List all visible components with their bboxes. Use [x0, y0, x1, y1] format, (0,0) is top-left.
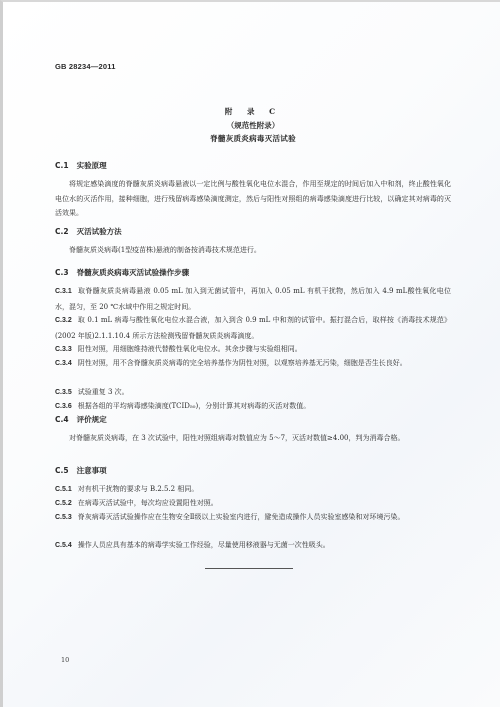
- section-heading-c3: C.3 脊髓灰质炎病毒灭活试验操作步骤: [55, 267, 189, 278]
- item-text: 根据各组的平均病毒感染滴度(TCID₅₀)，分别计算其对病毒的灭活对数值。: [78, 402, 310, 410]
- section-heading-c4: C.4 评价规定: [55, 414, 107, 425]
- section-title: 脊髓灰质炎病毒灭活试验操作步骤: [77, 268, 190, 277]
- item-number: C.3.1: [55, 288, 72, 295]
- section-heading-c2: C.2 灭活试验方法: [55, 226, 122, 237]
- section-title: 评价规定: [77, 415, 107, 424]
- item-number: C.5.3: [55, 514, 72, 521]
- list-item-c3-2: C.3.2取 0.1 mL 病毒与酸性氧化电位水混合液，加入到含 0.9 mL …: [55, 313, 451, 343]
- page-number: 10: [61, 656, 69, 664]
- item-text: 取 0.1 mL 病毒与酸性氧化电位水混合液，加入到含 0.9 mL 中和剂的试…: [55, 316, 451, 340]
- item-number: C.5.1: [55, 486, 72, 493]
- item-text: 试验重复 3 次。: [78, 388, 129, 396]
- item-number: C.5.2: [55, 500, 72, 507]
- item-number: C.5.4: [55, 542, 72, 549]
- section-number: C.3: [55, 268, 74, 277]
- section-heading-c1: C.1 实验原理: [55, 160, 107, 171]
- section-number: C.2: [55, 227, 74, 236]
- item-number: C.3.6: [55, 403, 72, 410]
- end-rule-divider: [205, 568, 293, 569]
- section-number: C.4: [55, 415, 74, 424]
- document-page: GB 28234—2011 附 录 C （规范性附录） 脊髓灰质炎病毒灭活试验 …: [0, 0, 500, 707]
- section-number: C.5: [55, 466, 74, 475]
- item-text: 阴性对照，用不含脊髓灰质炎病毒的完全培养基作为阴性对照，以观察培养基无污染，细胞…: [78, 359, 407, 367]
- section-c2-text: 脊髓灰质炎病毒(1型疫苗株)悬液的制备按消毒技术规范进行。: [55, 243, 451, 258]
- annex-title: 附 录 C: [3, 106, 500, 117]
- item-text: 取脊髓灰质炎病毒悬液 0.05 mL 加入到无菌试管中，再加入 0.05 mL …: [55, 287, 451, 311]
- item-number: C.3.3: [55, 346, 72, 353]
- item-number: C.3.5: [55, 389, 72, 396]
- section-title: 注意事项: [77, 466, 107, 475]
- item-text: 在病毒灭活试验中，每次均应设置阳性对照。: [78, 499, 218, 507]
- section-heading-c5: C.5 注意事项: [55, 465, 107, 476]
- item-text: 对有机干扰物的要求与 B.2.5.2 相同。: [78, 485, 199, 493]
- section-c1-text: 将规定感染滴度的脊髓灰质炎病毒悬液以一定比例与酸性氧化电位水混合，作用至规定的时…: [55, 177, 451, 221]
- list-item-c3-1: C.3.1取脊髓灰质炎病毒悬液 0.05 mL 加入到无菌试管中，再加入 0.0…: [55, 284, 451, 314]
- section-title: 灭活试验方法: [77, 227, 122, 236]
- section-title: 实验原理: [77, 161, 107, 170]
- item-number: C.3.2: [55, 317, 72, 324]
- section-c4-text: 对脊髓灰质炎病毒，在 3 次试验中，阳性对照组病毒对数值应为 5～7，灭活对数值…: [55, 431, 451, 446]
- standard-code: GB 28234—2011: [55, 62, 116, 71]
- annex-type: （规范性附录）: [3, 120, 500, 131]
- item-text: 脊灰病毒灭活试验操作应在生物安全Ⅱ级以上实验室内进行，避免造成操作人员实验室感染…: [78, 513, 405, 521]
- item-number: C.3.4: [55, 360, 72, 367]
- item-text: 操作人员应具有基本的病毒学实验工作经验，尽量使用移液器与无菌一次性吸头。: [78, 541, 330, 549]
- list-item-c3-6: C.3.6根据各组的平均病毒感染滴度(TCID₅₀)，分别计算其对病毒的灭活对数…: [55, 399, 451, 415]
- item-text: 阳性对照，用细胞维持液代替酸性氧化电位水。其余步骤与实验组相同。: [78, 345, 302, 353]
- list-item-c3-4: C.3.4阴性对照，用不含脊髓灰质炎病毒的完全培养基作为阴性对照，以观察培养基无…: [55, 356, 451, 372]
- list-item-c5-3: C.5.3脊灰病毒灭活试验操作应在生物安全Ⅱ级以上实验室内进行，避免造成操作人员…: [55, 510, 451, 526]
- annex-name: 脊髓灰质炎病毒灭活试验: [3, 133, 500, 144]
- section-number: C.1: [55, 161, 74, 170]
- list-item-c5-4: C.5.4操作人员应具有基本的病毒学实验工作经验，尽量使用移液器与无菌一次性吸头…: [55, 538, 451, 554]
